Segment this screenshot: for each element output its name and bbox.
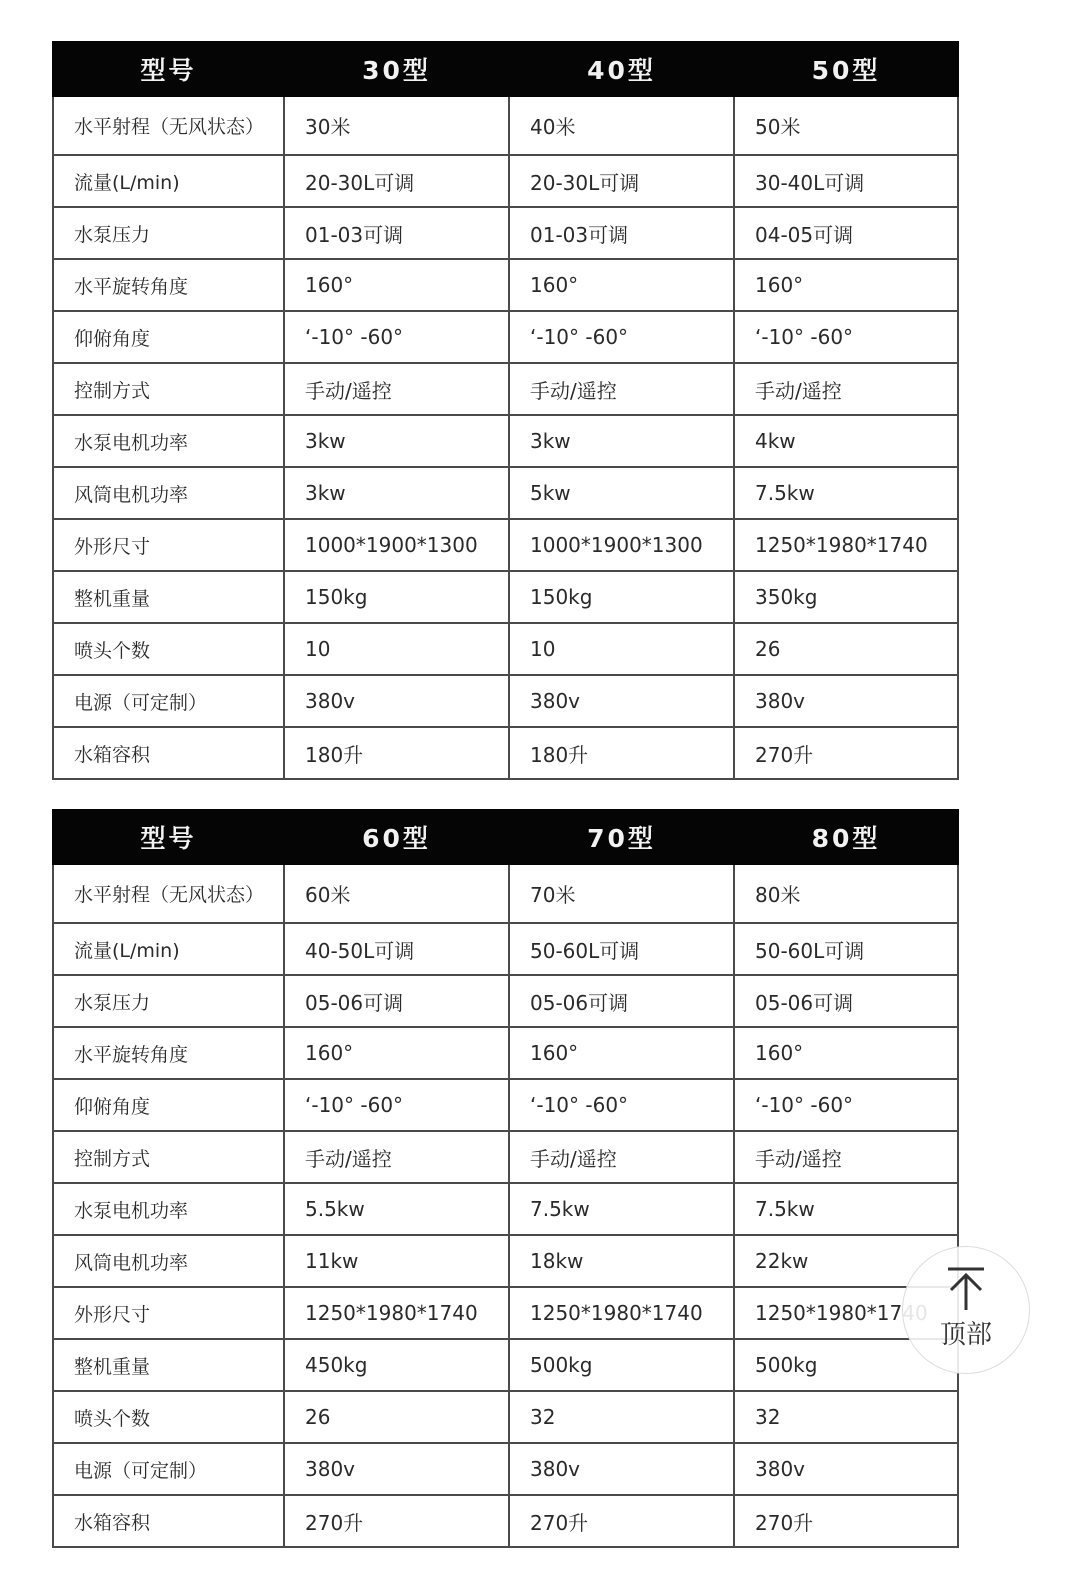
row-label: 水平旋转角度 — [53, 1027, 284, 1079]
spec-value: 380v — [509, 1443, 734, 1495]
table-row: 整机重量150kg150kg350kg — [53, 571, 958, 623]
row-label: 控制方式 — [53, 363, 284, 415]
spec-value: 26 — [284, 1391, 509, 1443]
row-label: 水箱容积 — [53, 1495, 284, 1547]
row-label: 外形尺寸 — [53, 519, 284, 571]
spec-value: 3kw — [284, 467, 509, 519]
table-header: 型号60型70型80型 — [53, 810, 958, 864]
spec-value: 150kg — [509, 571, 734, 623]
header-model-column: 60型 — [284, 810, 509, 864]
spec-value: 5kw — [509, 467, 734, 519]
spec-value: 3kw — [509, 415, 734, 467]
spec-value: 1250*1980*1740 — [734, 519, 958, 571]
table-header: 型号30型40型50型 — [53, 42, 958, 96]
table-row: 控制方式手动/遥控手动/遥控手动/遥控 — [53, 363, 958, 415]
spec-value: 10 — [509, 623, 734, 675]
row-label: 仰俯角度 — [53, 311, 284, 363]
table-row: 水泵电机功率5.5kw7.5kw7.5kw — [53, 1183, 958, 1235]
spec-table-60-80: 型号60型70型80型 水平射程（无风状态）60米70米80米流量(L/min)… — [52, 809, 959, 1548]
header-row: 型号60型70型80型 — [53, 810, 958, 864]
table-row: 仰俯角度 ‘-10° -60° ‘-10° -60° ‘-10° -60° — [53, 1079, 958, 1131]
row-label: 电源（可定制） — [53, 1443, 284, 1495]
spec-value: 20-30L可调 — [509, 155, 734, 207]
spec-value: 50-60L可调 — [509, 923, 734, 975]
table-row: 水泵电机功率3kw3kw4kw — [53, 415, 958, 467]
table-row: 水箱容积270升270升270升 — [53, 1495, 958, 1547]
spec-value: 40米 — [509, 96, 734, 155]
header-model-label: 型号 — [53, 42, 284, 96]
table-row: 风筒电机功率3kw5kw7.5kw — [53, 467, 958, 519]
table-row: 整机重量450kg500kg500kg — [53, 1339, 958, 1391]
spec-value: 380v — [509, 675, 734, 727]
spec-value: 3kw — [284, 415, 509, 467]
spec-value: 270升 — [284, 1495, 509, 1547]
spec-value: 270升 — [734, 1495, 958, 1547]
table-row: 控制方式手动/遥控手动/遥控手动/遥控 — [53, 1131, 958, 1183]
spec-value: 70米 — [509, 864, 734, 923]
row-label: 电源（可定制） — [53, 675, 284, 727]
spec-value: 150kg — [284, 571, 509, 623]
spec-value: 160° — [734, 259, 958, 311]
table-row: 水平旋转角度160°160°160° — [53, 1027, 958, 1079]
spec-value: 1250*1980*1740 — [509, 1287, 734, 1339]
spec-value: 01-03可调 — [284, 207, 509, 259]
row-label: 水泵电机功率 — [53, 1183, 284, 1235]
table-row: 喷头个数101026 — [53, 623, 958, 675]
spec-value: 380v — [284, 675, 509, 727]
spec-value: ‘-10° -60° — [734, 1079, 958, 1131]
row-label: 流量(L/min) — [53, 155, 284, 207]
table-row: 仰俯角度 ‘-10° -60° ‘-10° -60° ‘-10° -60° — [53, 311, 958, 363]
spec-value: 30米 — [284, 96, 509, 155]
row-label: 控制方式 — [53, 1131, 284, 1183]
row-label: 外形尺寸 — [53, 1287, 284, 1339]
back-to-top-label: 顶部 — [940, 1314, 992, 1351]
spec-value: 80米 — [734, 864, 958, 923]
spec-value: 1000*1900*1300 — [284, 519, 509, 571]
header-model-column: 40型 — [509, 42, 734, 96]
spec-table-30-50: 型号30型40型50型 水平射程（无风状态）30米40米50米流量(L/min)… — [52, 41, 959, 780]
spec-value: 32 — [509, 1391, 734, 1443]
table-row: 外形尺寸1250*1980*17401250*1980*17401250*198… — [53, 1287, 958, 1339]
spec-value: 04-05可调 — [734, 207, 958, 259]
spec-value: 160° — [284, 259, 509, 311]
row-label: 喷头个数 — [53, 623, 284, 675]
spec-value: 20-30L可调 — [284, 155, 509, 207]
row-label: 水泵压力 — [53, 207, 284, 259]
spec-value: 30-40L可调 — [734, 155, 958, 207]
spec-value: 450kg — [284, 1339, 509, 1391]
spec-value: 7.5kw — [734, 1183, 958, 1235]
row-label: 水平射程（无风状态） — [53, 96, 284, 155]
spec-value: 26 — [734, 623, 958, 675]
spec-value: 手动/遥控 — [734, 1131, 958, 1183]
row-label: 水平旋转角度 — [53, 259, 284, 311]
spec-value: ‘-10° -60° — [284, 1079, 509, 1131]
table-row: 风筒电机功率11kw18kw22kw — [53, 1235, 958, 1287]
table-row: 水泵压力05-06可调05-06可调05-06可调 — [53, 975, 958, 1027]
table-row: 水平射程（无风状态）60米70米80米 — [53, 864, 958, 923]
table-row: 喷头个数263232 — [53, 1391, 958, 1443]
spec-value: ‘-10° -60° — [734, 311, 958, 363]
spec-value: 350kg — [734, 571, 958, 623]
spec-value: 手动/遥控 — [284, 1131, 509, 1183]
spec-value: 160° — [509, 1027, 734, 1079]
spec-value: 7.5kw — [734, 467, 958, 519]
row-label: 整机重量 — [53, 1339, 284, 1391]
spec-value: 5.5kw — [284, 1183, 509, 1235]
table-body: 水平射程（无风状态）30米40米50米流量(L/min)20-30L可调20-3… — [53, 96, 958, 779]
table-row: 电源（可定制）380v380v380v — [53, 1443, 958, 1495]
table-row: 水平射程（无风状态）30米40米50米 — [53, 96, 958, 155]
spec-value: 270升 — [509, 1495, 734, 1547]
row-label: 水泵电机功率 — [53, 415, 284, 467]
spec-value: ‘-10° -60° — [509, 311, 734, 363]
spec-value: 160° — [284, 1027, 509, 1079]
spec-value: 60米 — [284, 864, 509, 923]
header-row: 型号30型40型50型 — [53, 42, 958, 96]
row-label: 水泵压力 — [53, 975, 284, 1027]
header-model-column: 80型 — [734, 810, 958, 864]
header-model-column: 30型 — [284, 42, 509, 96]
row-label: 喷头个数 — [53, 1391, 284, 1443]
row-label: 仰俯角度 — [53, 1079, 284, 1131]
row-label: 流量(L/min) — [53, 923, 284, 975]
spec-value: 05-06可调 — [734, 975, 958, 1027]
spec-value: 01-03可调 — [509, 207, 734, 259]
spec-value: 500kg — [509, 1339, 734, 1391]
spec-value: ‘-10° -60° — [509, 1079, 734, 1131]
spec-value: 160° — [509, 259, 734, 311]
arrow-up-to-line-icon — [946, 1266, 986, 1312]
table-row: 流量(L/min)40-50L可调50-60L可调50-60L可调 — [53, 923, 958, 975]
spec-value: 50-60L可调 — [734, 923, 958, 975]
spec-value: 380v — [734, 1443, 958, 1495]
spec-value: 180升 — [284, 727, 509, 779]
spec-value: 7.5kw — [509, 1183, 734, 1235]
table-row: 流量(L/min)20-30L可调20-30L可调30-40L可调 — [53, 155, 958, 207]
spec-value: 05-06可调 — [284, 975, 509, 1027]
spec-value: 手动/遥控 — [509, 1131, 734, 1183]
spec-value: 1250*1980*1740 — [284, 1287, 509, 1339]
table-row: 水平旋转角度160°160°160° — [53, 259, 958, 311]
spec-value: 380v — [734, 675, 958, 727]
spec-value: 32 — [734, 1391, 958, 1443]
row-label: 水箱容积 — [53, 727, 284, 779]
header-model-column: 70型 — [509, 810, 734, 864]
spec-value: 10 — [284, 623, 509, 675]
spec-value: 18kw — [509, 1235, 734, 1287]
table-row: 水泵压力01-03可调01-03可调04-05可调 — [53, 207, 958, 259]
spec-value: 50米 — [734, 96, 958, 155]
spec-value: 05-06可调 — [509, 975, 734, 1027]
table-row: 水箱容积180升180升270升 — [53, 727, 958, 779]
table-body: 水平射程（无风状态）60米70米80米流量(L/min)40-50L可调50-6… — [53, 864, 958, 1547]
spec-value: 手动/遥控 — [284, 363, 509, 415]
header-model-label: 型号 — [53, 810, 284, 864]
spec-value: 手动/遥控 — [509, 363, 734, 415]
spec-value: 160° — [734, 1027, 958, 1079]
spec-value: 手动/遥控 — [734, 363, 958, 415]
spec-value: ‘-10° -60° — [284, 311, 509, 363]
row-label: 水平射程（无风状态） — [53, 864, 284, 923]
header-model-column: 50型 — [734, 42, 958, 96]
spec-value: 380v — [284, 1443, 509, 1495]
spec-value: 11kw — [284, 1235, 509, 1287]
table-row: 电源（可定制）380v380v380v — [53, 675, 958, 727]
spec-value: 180升 — [509, 727, 734, 779]
spec-value: 270升 — [734, 727, 958, 779]
spec-value: 4kw — [734, 415, 958, 467]
spec-value: 1000*1900*1300 — [509, 519, 734, 571]
row-label: 整机重量 — [53, 571, 284, 623]
row-label: 风筒电机功率 — [53, 1235, 284, 1287]
back-to-top-button[interactable]: 顶部 — [902, 1246, 1030, 1374]
row-label: 风筒电机功率 — [53, 467, 284, 519]
spec-value: 40-50L可调 — [284, 923, 509, 975]
table-row: 外形尺寸1000*1900*13001000*1900*13001250*198… — [53, 519, 958, 571]
